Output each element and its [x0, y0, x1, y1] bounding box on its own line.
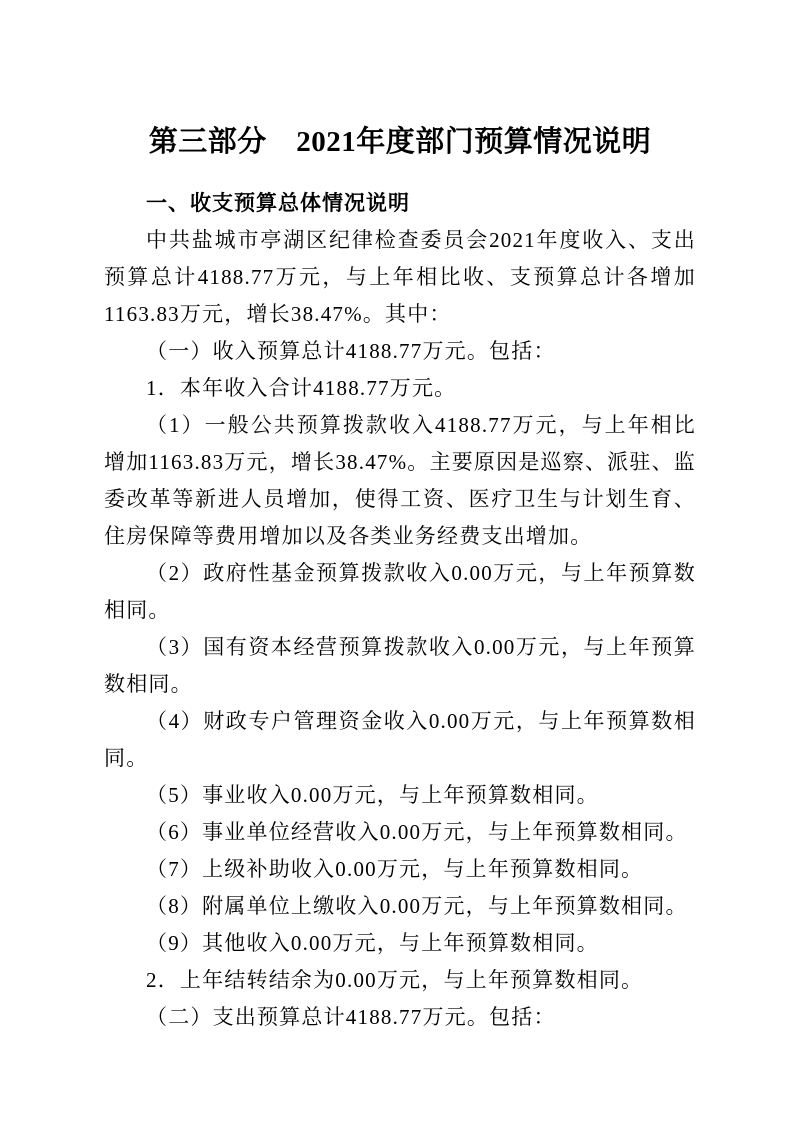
paragraph-income-total: （一）收入预算总计4188.77万元。包括： [104, 333, 696, 370]
paragraph-budget-overview: 中共盐城市亭湖区纪律检查委员会2021年度收入、支出预算总计4188.77万元，… [104, 222, 696, 333]
paragraph-current-year-income: 1．本年收入合计4188.77万元。 [104, 370, 696, 407]
page-title: 第三部分 2021年度部门预算情况说明 [104, 123, 696, 161]
paragraph-other-income: （9）其他收入0.00万元，与上年预算数相同。 [104, 925, 696, 962]
paragraph-institution-income: （5）事业收入0.00万元，与上年预算数相同。 [104, 777, 696, 814]
paragraph-superior-subsidy-income: （7）上级补助收入0.00万元，与上年预算数相同。 [104, 851, 696, 888]
section-heading: 一、收支预算总体情况说明 [104, 185, 696, 222]
paragraph-fiscal-special-account-income: （4）财政专户管理资金收入0.00万元，与上年预算数相同。 [104, 703, 696, 777]
paragraph-subordinate-unit-income: （8）附属单位上缴收入0.00万元，与上年预算数相同。 [104, 888, 696, 925]
paragraph-expenditure-total: （二）支出预算总计4188.77万元。包括： [104, 999, 696, 1036]
paragraph-carryover-balance: 2．上年结转结余为0.00万元，与上年预算数相同。 [104, 962, 696, 999]
document-page: 第三部分 2021年度部门预算情况说明 一、收支预算总体情况说明 中共盐城市亭湖… [0, 0, 794, 1123]
paragraph-government-fund-income: （2）政府性基金预算拨款收入0.00万元，与上年预算数相同。 [104, 555, 696, 629]
paragraph-state-capital-income: （3）国有资本经营预算拨款收入0.00万元，与上年预算数相同。 [104, 629, 696, 703]
paragraph-general-public-budget-income: （1）一般公共预算拨款收入4188.77万元，与上年相比增加1163.83万元，… [104, 407, 696, 555]
paragraph-institution-operating-income: （6）事业单位经营收入0.00万元，与上年预算数相同。 [104, 814, 696, 851]
